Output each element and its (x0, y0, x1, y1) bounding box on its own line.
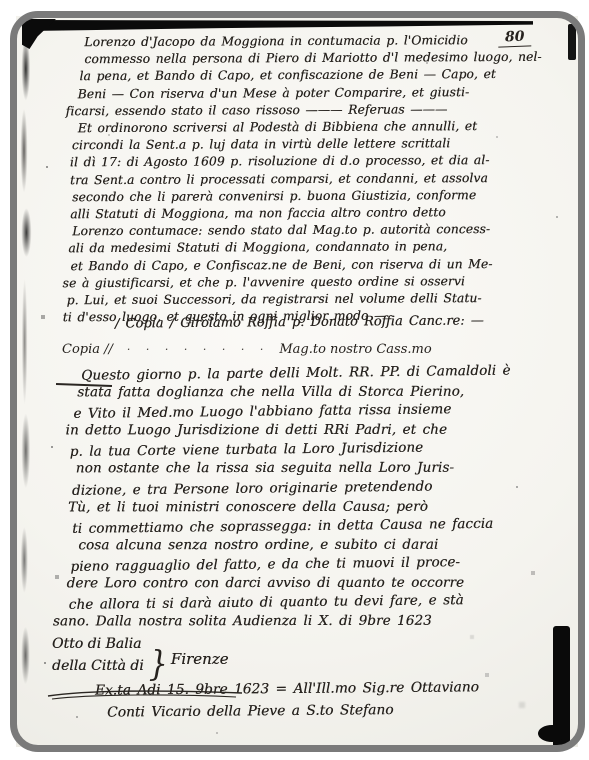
issuer-block: Otto di Balia della Città di } Firenze (52, 634, 228, 676)
brace-flourish-icon: } (149, 652, 168, 677)
copy-addressee: Mag.to nostro Cass.mo (279, 342, 431, 357)
execution-note: Ex.ta Adi 15. 9bre 1623 = All'Ill.mo Sig… (95, 677, 479, 723)
execution-line-2: Conti Vicario della Pieve a S.to Stefano (107, 699, 479, 724)
manuscript-line: Lorenzo contumace: sendo stato dal Mag.t… (72, 221, 550, 241)
manuscript-scan-viewer: { "document": { "folio_number": "80", "e… (0, 0, 589, 760)
scan-edge-right-bottom (553, 626, 570, 748)
scan-edge-right-top (568, 24, 576, 60)
chancellor-attestation: / Copia / Girolamo Roffia p. Donato Roff… (115, 313, 484, 331)
issuer-city: Firenze (171, 649, 229, 669)
manuscript-line: il dì 17: di Agosto 1609 p. risoluzione … (70, 152, 550, 172)
manuscript-line: sano. Dalla nostra solita Audienza li X.… (53, 612, 558, 632)
manuscript-line: p. Lui, et suoi Successori, da registrar… (67, 290, 551, 310)
copy-heading: Copia //· · · · · · · ·Mag.to nostro Cas… (62, 342, 432, 357)
scan-edge-left-smudge (18, 28, 33, 710)
manuscript-line: tra Sent.a contro li processati comparsi… (70, 169, 550, 189)
entry-sentence-paragraph: Lorenzo d'Jacopo da Moggiona in contumac… (61, 32, 551, 327)
scan-edge-top (28, 20, 533, 31)
entry-letter-paragraph: Questo giorno p. la parte delli Molt. RR… (51, 362, 558, 633)
leader-dots: · · · · · · · · (127, 343, 269, 356)
execution-line-1: Ex.ta Adi 15. 9bre 1623 = All'Ill.mo Sig… (95, 677, 479, 702)
copy-label: Copia // (62, 342, 113, 357)
manuscript-page: 80 Lorenzo d'Jacopo da Moggiona in contu… (16, 16, 578, 747)
manuscript-line: et Bando di Capo, e Confiscaz.ne de Beni… (70, 255, 550, 275)
scan-noise-speckles (16, 16, 18, 18)
manuscript-line: la pena, et Bando di Capo, et confiscazi… (79, 66, 549, 86)
issuer-name-line2: della Città di (52, 656, 144, 676)
